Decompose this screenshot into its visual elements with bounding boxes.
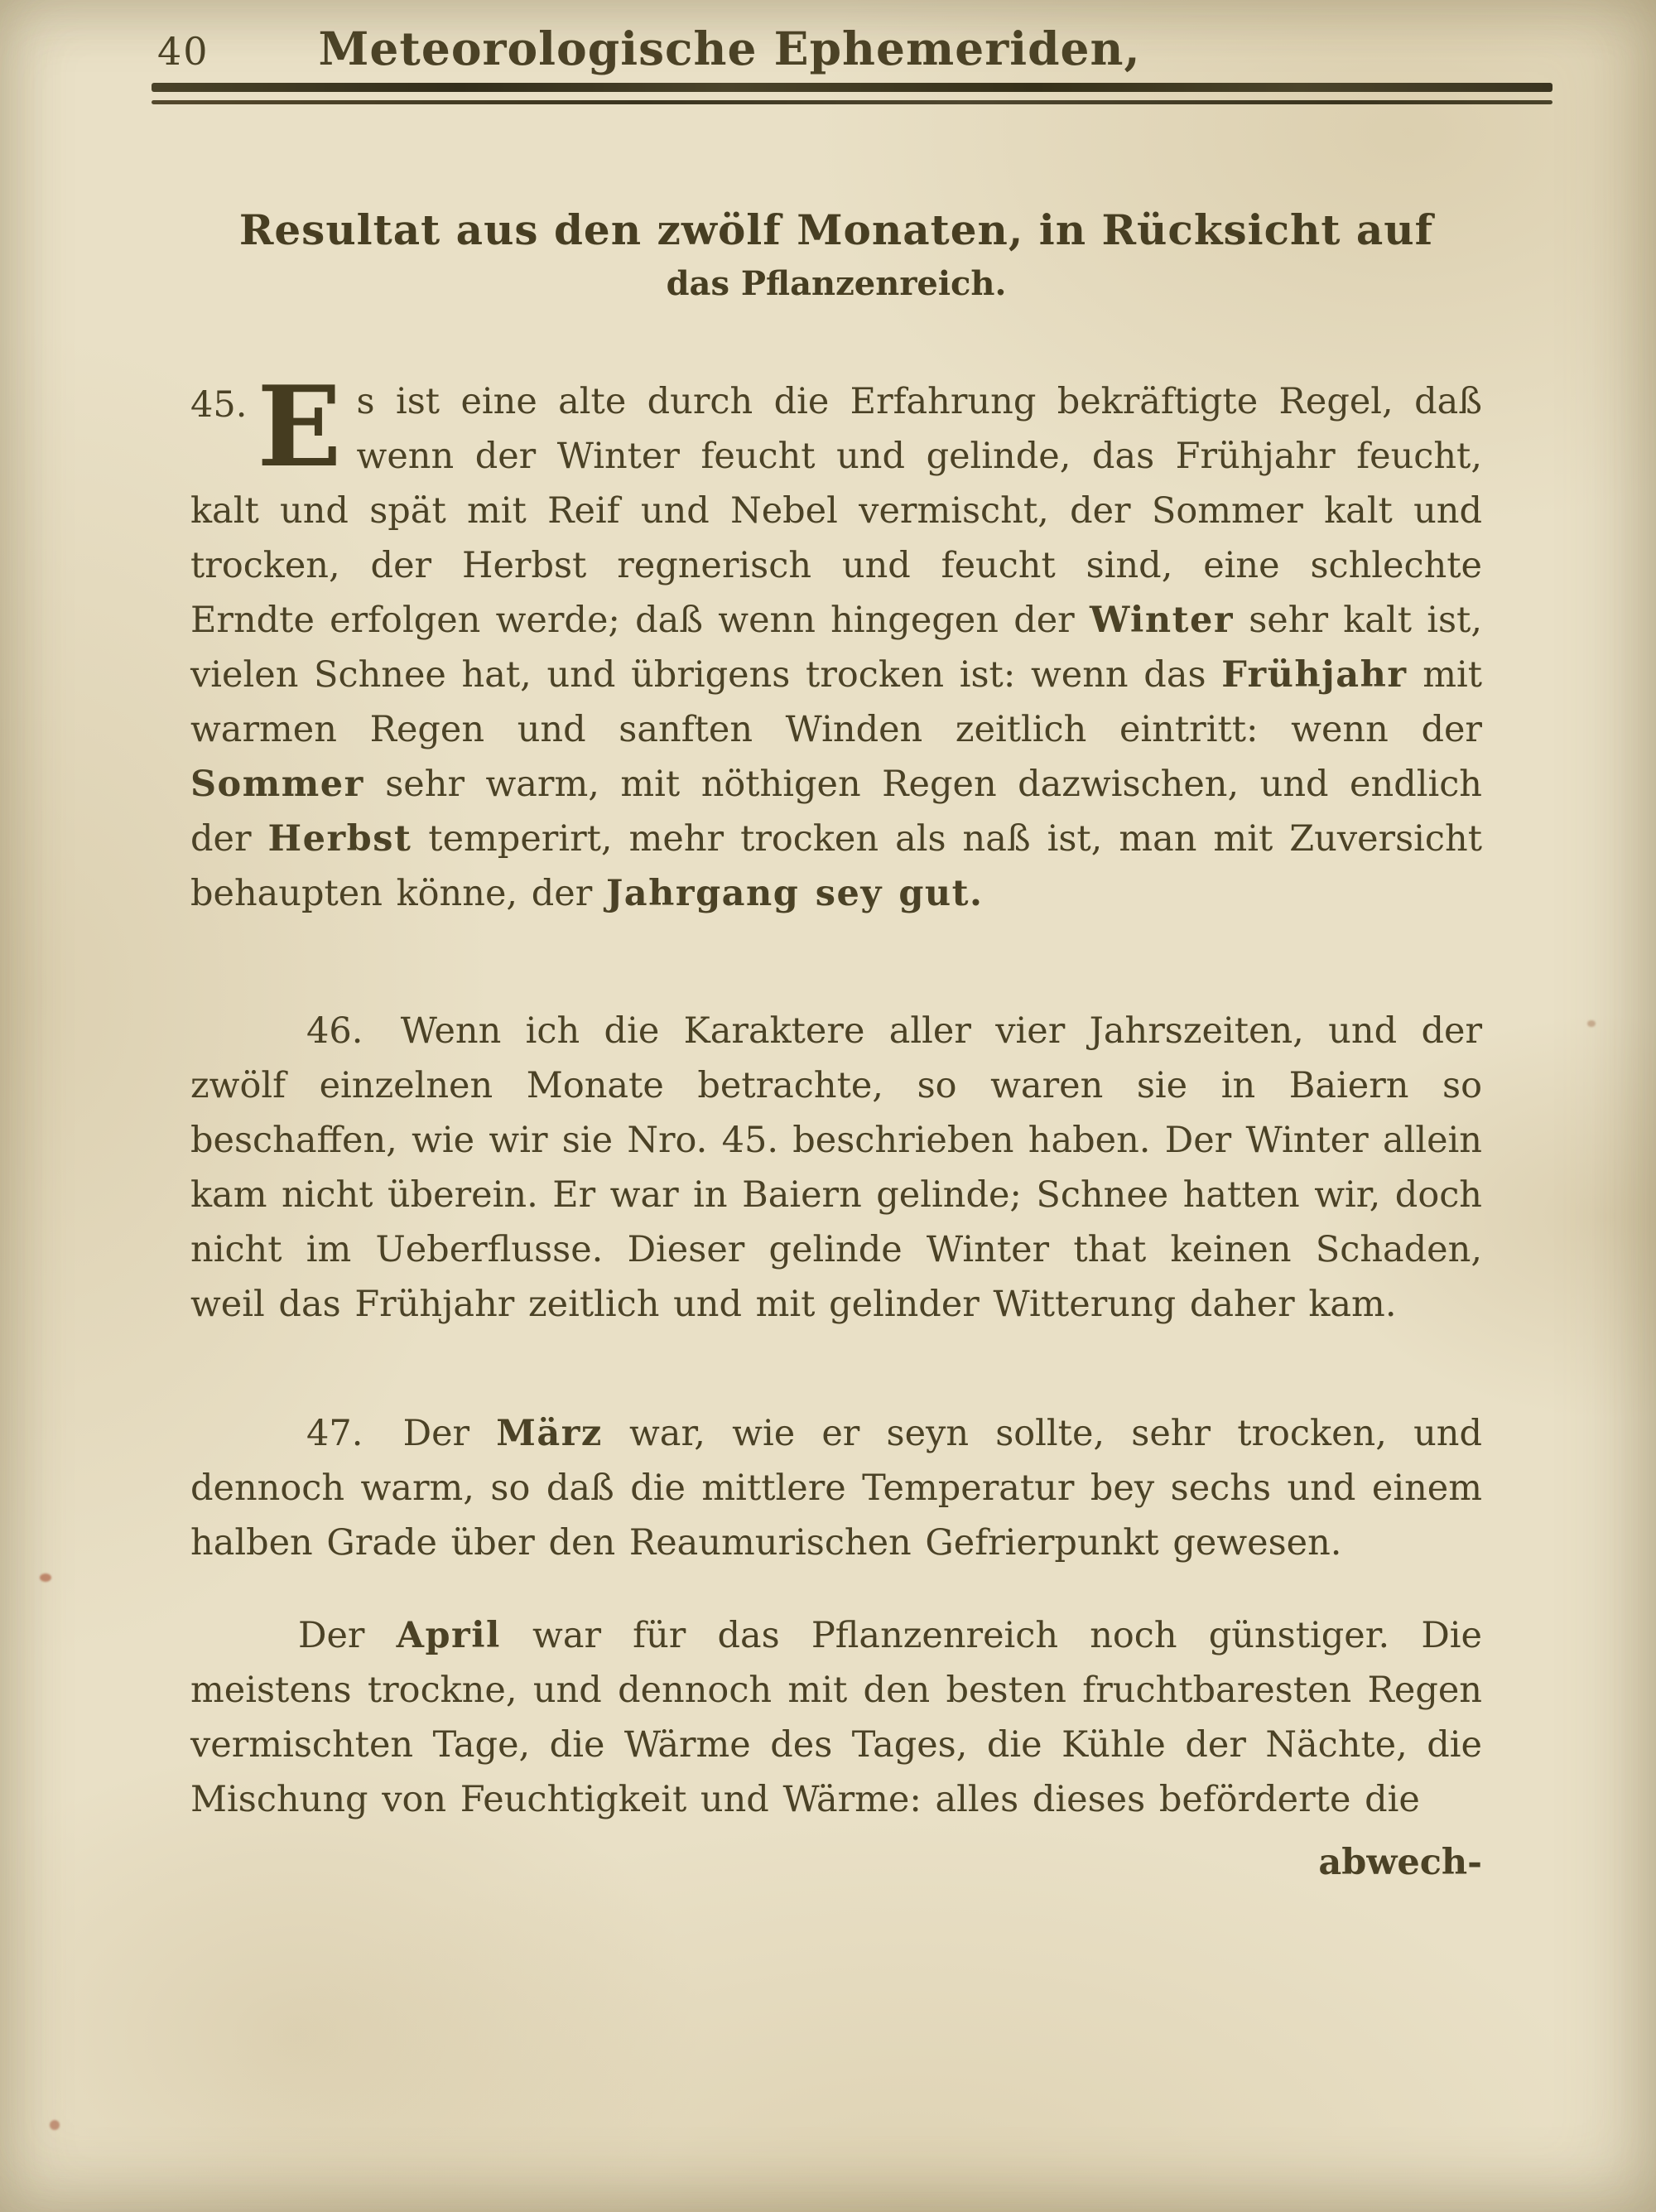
text-segment: Der <box>403 1413 497 1454</box>
dropcap-letter: E <box>257 378 341 475</box>
paragraph-46: 46. Wenn ich die Karaktere aller vier Ja… <box>190 1004 1482 1332</box>
paragraph-47-number: 47. <box>306 1413 363 1454</box>
header-rule <box>152 83 1552 104</box>
text-segment: Frühjahr <box>1221 654 1407 696</box>
paper-stain <box>1587 1020 1596 1027</box>
text-segment: Herbst <box>268 818 412 860</box>
paragraph-47-text: Der März war, wie er seyn sollte, sehr t… <box>190 1413 1482 1564</box>
paragraph-46-text: Wenn ich die Karaktere aller vier Jahrsz… <box>190 1010 1482 1325</box>
paper-stain <box>50 2120 60 2130</box>
paragraph-45: 45. E s ist eine alte durch die Erfahrun… <box>190 374 1482 921</box>
header-rule-thick <box>152 83 1552 92</box>
paragraph-april-text: Der April war für das Pflanzenreich noch… <box>190 1615 1482 1820</box>
text-segment: März <box>496 1413 603 1454</box>
text-segment: Wenn ich die Karaktere aller vier Jahrsz… <box>190 1010 1482 1325</box>
book-page-scan: 40 Meteorologische Ephemeriden, Resultat… <box>0 0 1656 2212</box>
header-rule-thin <box>152 100 1552 104</box>
paragraph-45-number: 45. <box>190 378 247 432</box>
paragraph-47: 47. Der März war, wie er seyn sollte, se… <box>190 1406 1482 1570</box>
page-number: 40 <box>157 29 209 74</box>
paragraph-45-text: s ist eine alte durch die Erfahrung bekr… <box>190 381 1482 914</box>
text-segment: war, wie er seyn sollte, sehr trocken, u… <box>190 1413 1482 1564</box>
section-title: Resultat aus den zwölf Monaten, in Rücks… <box>182 205 1490 303</box>
running-head: 40 Meteorologische Ephemeriden, <box>157 22 1141 75</box>
paragraph-april: Der April war für das Pflanzenreich noch… <box>190 1608 1482 1827</box>
paragraph-45-lead: 45. E <box>190 378 342 475</box>
text-segment: Sommer <box>190 764 364 805</box>
text-segment: April <box>397 1615 501 1656</box>
running-title: Meteorologische Ephemeriden, <box>319 22 1141 75</box>
text-segment: Winter <box>1090 600 1234 641</box>
section-title-line1: Resultat aus den zwölf Monaten, in Rücks… <box>182 205 1490 254</box>
catchword: abwech- <box>190 1842 1482 1883</box>
text-segment: Der <box>298 1615 397 1656</box>
text-segment: Jahrgang sey gut. <box>606 873 984 914</box>
paragraph-46-number: 46. <box>306 1010 363 1052</box>
section-title-line2: das Pflanzenreich. <box>182 264 1490 303</box>
paper-stain <box>40 1573 51 1582</box>
